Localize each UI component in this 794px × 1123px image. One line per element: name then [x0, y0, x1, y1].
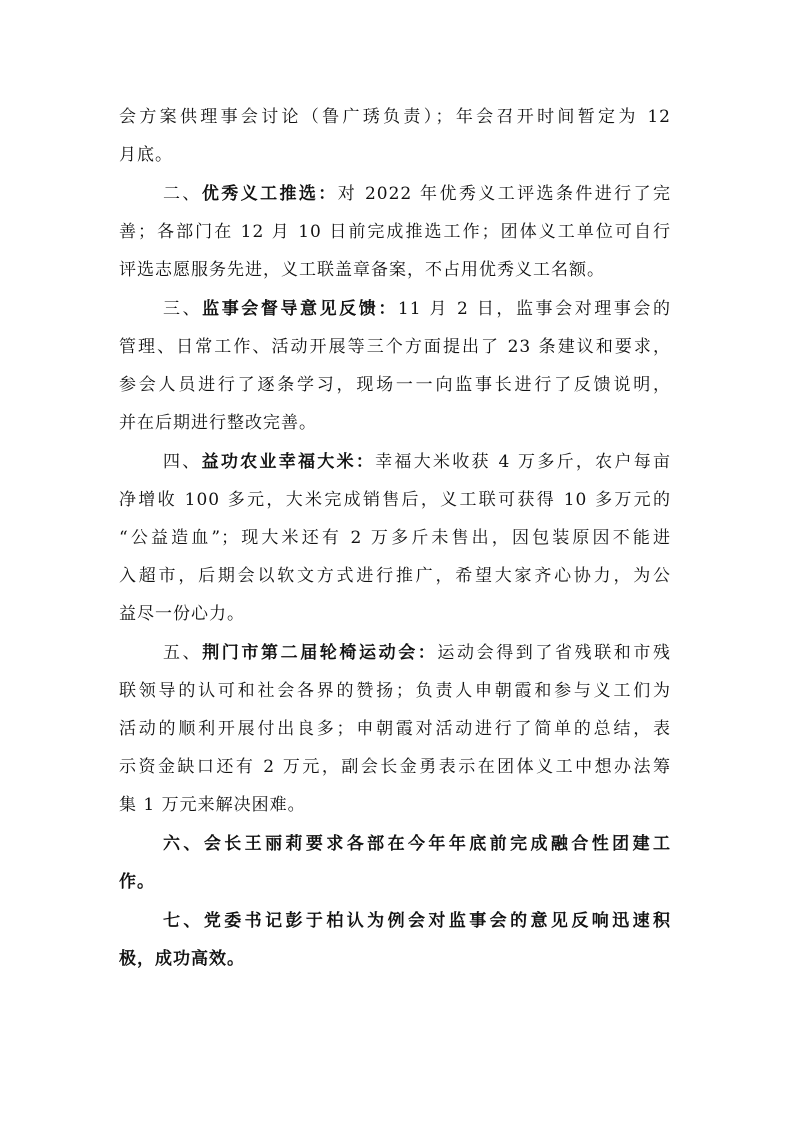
paragraph-wheelchair-games: 五、荆门市第二届轮椅运动会：运动会得到了省残联和市残 联领导的认可和社会各界的赞… — [119, 634, 671, 824]
text-run: 运动会得到了省残联和市残 — [437, 643, 671, 663]
item-heading: 益功农业幸福大米： — [202, 452, 376, 472]
text-line: 月底。 — [119, 136, 671, 174]
text-line: 并在后期进行整改完善。 — [119, 404, 671, 442]
text-line: 三、监事会督导意见反馈：11 月 2 日，监事会对理事会的 — [119, 290, 671, 328]
item-number: 五、 — [163, 643, 202, 663]
text-line: 参会人员进行了逐条学习，现场一一向监事长进行了反馈说明， — [119, 366, 671, 404]
text-run: 11 月 2 日，监事会对理事会的 — [398, 299, 671, 319]
item-heading: 优秀义工推选： — [202, 184, 338, 204]
text-run: 管理、日常工作、活动开展等三个方面提出了 23 条建议和要求， — [119, 337, 671, 357]
text-run: “公益造血”；现大米还有 2 万多斤未售出，因包装原因不能进 — [119, 528, 671, 548]
document-body: 会方案供理事会讨论（鲁广琇负责）；年会召开时间暂定为 12 月底。 二、优秀义工… — [119, 98, 671, 979]
text-run: 六、会长王丽莉要求各部在今年年底前完成融合性团建工 — [163, 834, 671, 854]
text-line: 管理、日常工作、活动开展等三个方面提出了 23 条建议和要求， — [119, 328, 671, 366]
text-run: 幸福大米收获 4 万多斤，农户每亩 — [375, 452, 671, 472]
text-line: 示资金缺口还有 2 万元，副会长金勇表示在团体义工中想办法筹 — [119, 748, 671, 786]
text-run: 七、党委书记彭于柏认为例会对监事会的意见反响迅速积 — [163, 911, 671, 931]
text-line: 益尽一份心力。 — [119, 595, 671, 633]
text-line: 五、荆门市第二届轮椅运动会：运动会得到了省残联和市残 — [119, 634, 671, 672]
text-run: 对 2022 年优秀义工评选条件进行了完 — [338, 184, 671, 204]
text-run: 净增收 100 多元，大米完成销售后，义工联可获得 10 多万元的 — [119, 490, 671, 510]
paragraph-team-building: 六、会长王丽莉要求各部在今年年底前完成融合性团建工 作。 — [119, 825, 671, 901]
text-line: 作。 — [119, 863, 671, 901]
item-heading: 监事会督导意见反馈： — [202, 299, 398, 319]
text-line: 四、益功农业幸福大米：幸福大米收获 4 万多斤，农户每亩 — [119, 443, 671, 481]
paragraph-volunteer-selection: 二、优秀义工推选：对 2022 年优秀义工评选条件进行了完 善；各部门在 12 … — [119, 175, 671, 289]
text-run: 极，成功高效。 — [119, 949, 245, 969]
text-run: 活动的顺利开展付出良多；申朝霞对活动进行了简单的总结，表 — [119, 719, 671, 739]
text-line: 联领导的认可和社会各界的赞扬；负责人申朝霞和参与义工们为 — [119, 672, 671, 710]
text-line: 活动的顺利开展付出良多；申朝霞对活动进行了简单的总结，表 — [119, 710, 671, 748]
text-run: 善；各部门在 12 月 10 日前完成推选工作；团体义工单位可自行 — [119, 222, 671, 242]
text-line: “公益造血”；现大米还有 2 万多斤未售出，因包装原因不能进 — [119, 519, 671, 557]
item-number: 二、 — [163, 184, 202, 204]
text-run: 并在后期进行整改完善。 — [119, 413, 317, 433]
paragraph-party-secretary-remarks: 七、党委书记彭于柏认为例会对监事会的意见反响迅速积 极，成功高效。 — [119, 902, 671, 978]
text-line: 七、党委书记彭于柏认为例会对监事会的意见反响迅速积 — [119, 902, 671, 940]
item-heading: 荆门市第二届轮椅运动会： — [202, 643, 437, 663]
text-run: 入超市，后期会以软文方式进行推广，希望大家齐心协力，为公 — [119, 566, 671, 586]
text-line: 极，成功高效。 — [119, 940, 671, 978]
text-line: 善；各部门在 12 月 10 日前完成推选工作；团体义工单位可自行 — [119, 213, 671, 251]
text-run: 益尽一份心力。 — [119, 604, 245, 624]
text-run: 会方案供理事会讨论（鲁广琇负责）；年会召开时间暂定为 12 — [119, 107, 671, 127]
text-line: 二、优秀义工推选：对 2022 年优秀义工评选条件进行了完 — [119, 175, 671, 213]
text-line: 净增收 100 多元，大米完成销售后，义工联可获得 10 多万元的 — [119, 481, 671, 519]
paragraph-happiness-rice: 四、益功农业幸福大米：幸福大米收获 4 万多斤，农户每亩 净增收 100 多元，… — [119, 443, 671, 633]
text-line: 会方案供理事会讨论（鲁广琇负责）；年会召开时间暂定为 12 — [119, 98, 671, 136]
text-run: 评选志愿服务先进，义工联盖章备案，不占用优秀义工名额。 — [119, 260, 605, 280]
text-run: 联领导的认可和社会各界的赞扬；负责人申朝霞和参与义工们为 — [119, 681, 671, 701]
text-run: 示资金缺口还有 2 万元，副会长金勇表示在团体义工中想办法筹 — [119, 757, 671, 777]
item-number: 三、 — [163, 299, 202, 319]
document-page: 会方案供理事会讨论（鲁广琇负责）；年会召开时间暂定为 12 月底。 二、优秀义工… — [0, 0, 794, 1123]
paragraph-annual-meeting-continuation: 会方案供理事会讨论（鲁广琇负责）；年会召开时间暂定为 12 月底。 — [119, 98, 671, 174]
text-run: 集 1 万元来解决困难。 — [119, 795, 306, 815]
text-run: 作。 — [119, 872, 155, 892]
text-line: 六、会长王丽莉要求各部在今年年底前完成融合性团建工 — [119, 825, 671, 863]
text-run: 月底。 — [119, 145, 173, 165]
text-run: 参会人员进行了逐条学习，现场一一向监事长进行了反馈说明， — [119, 375, 671, 395]
text-line: 入超市，后期会以软文方式进行推广，希望大家齐心协力，为公 — [119, 557, 671, 595]
text-line: 集 1 万元来解决困难。 — [119, 786, 671, 824]
item-number: 四、 — [163, 452, 202, 472]
text-line: 评选志愿服务先进，义工联盖章备案，不占用优秀义工名额。 — [119, 251, 671, 289]
paragraph-supervisory-feedback: 三、监事会督导意见反馈：11 月 2 日，监事会对理事会的 管理、日常工作、活动… — [119, 290, 671, 442]
